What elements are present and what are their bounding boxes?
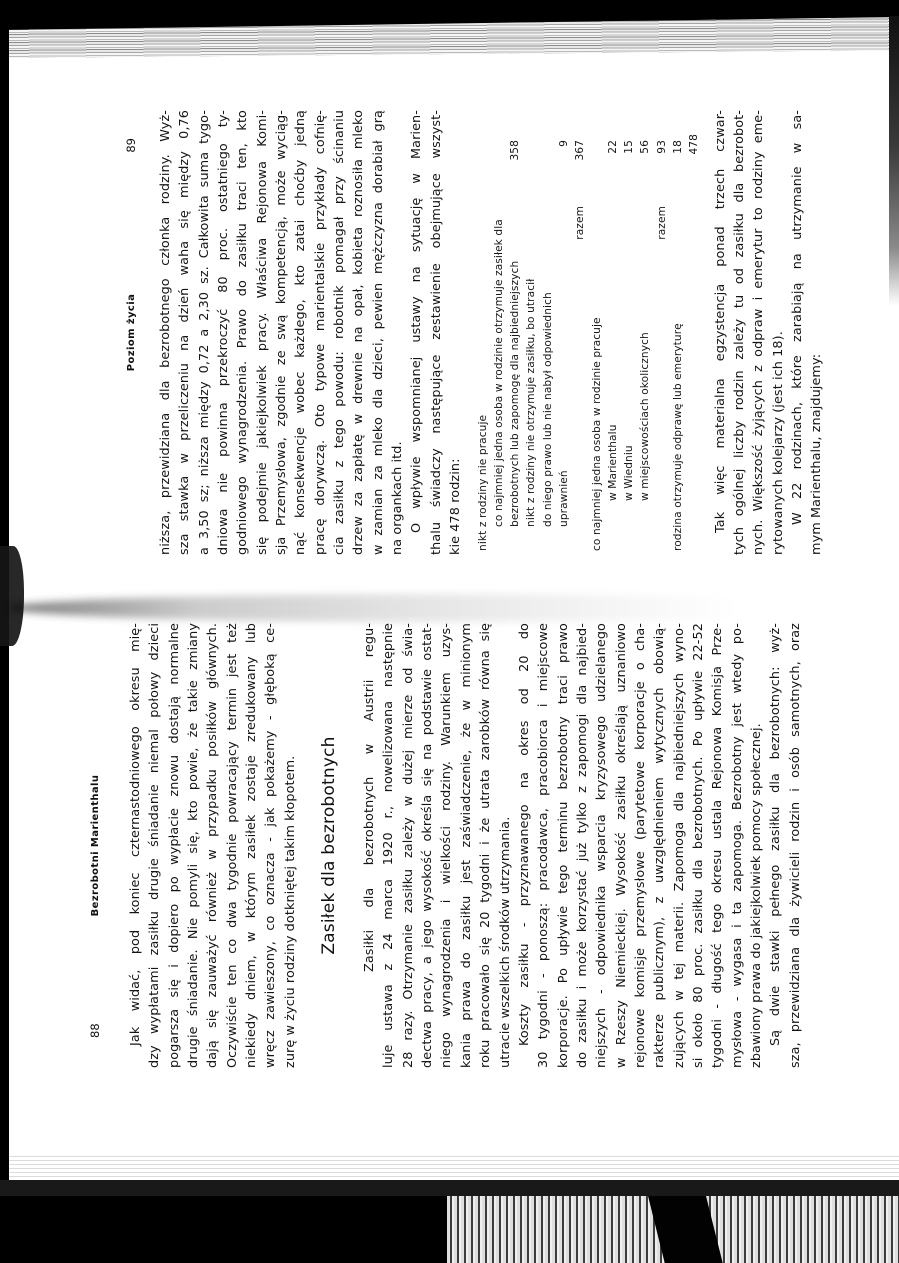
text-line: drzew za zapłatę w drewnie na opał, kobi… <box>349 110 368 555</box>
text-line: drugie śniadanie. Nie pomyli się, kto po… <box>184 623 203 1068</box>
text-line: a 3,50 sz; niższa między 0,72 a 2,30 sz.… <box>195 110 214 555</box>
text-line: Jak widać, pod koniec czternastodniowego… <box>126 623 145 1068</box>
table-row: co najmniej jedna osoba w rodzinie otrzy… <box>491 110 507 555</box>
text-line: roku pracowało się 20 tygodni i że utrat… <box>476 623 495 1068</box>
families-statistics-table: nikt z rodziny nie pracuje co najmniej j… <box>475 110 703 555</box>
page-number-89: 89 <box>124 138 138 153</box>
table-row: uprawnień 9 <box>556 110 572 555</box>
table-row-label: nikt z rodziny nie otrzymuje zasiłku, bo… <box>523 279 539 555</box>
table-row-label: do niego prawo lub nie nabył odpowiednic… <box>540 292 556 555</box>
table-row-label: rodzina otrzymuje odprawę lub emeryturę <box>670 323 686 555</box>
page-number-88: 88 <box>88 1023 102 1038</box>
table-row-value: 15 <box>621 140 637 154</box>
table-row-label: co najmniej jedna osoba w rodzinie pracu… <box>589 317 605 555</box>
text-line: dzy wypłatami zasiłku drugie śniadanie n… <box>145 623 164 1068</box>
text-line: utracie wszelkich środków utrzymania. <box>496 623 515 1068</box>
book-gutter-shadow <box>8 594 868 622</box>
text-line: pogarsza się i dopiero po wypłacie znowu… <box>165 623 184 1068</box>
running-head-title: Bezrobotni Marienthalu <box>90 623 101 1068</box>
table-row-value: 367 <box>572 140 588 161</box>
paragraph-block: Zasiłki dla bezrobotnych w Austrii regu-… <box>360 623 515 1068</box>
table-row: rodzina otrzymuje odprawę lub emeryturę … <box>670 110 686 555</box>
table-row-label: razem <box>572 206 588 240</box>
text-line: Zasiłki dla bezrobotnych w Austrii regu- <box>360 623 379 1068</box>
running-head-title: Poziom życia <box>126 110 137 555</box>
table-row-label: w miejscowościach okolicznych <box>637 332 653 555</box>
text-line: korporacje. Po upływie tego terminu bezr… <box>554 623 573 1068</box>
text-line: kie 478 rodzin: <box>446 110 465 555</box>
text-line: niekiedy dniem, w którym zasiłek zostaje… <box>242 623 261 1068</box>
table-row-label: w Wiedniu <box>621 445 637 555</box>
text-line: luje ustawa z 24 marca 1920 r., nowelizo… <box>379 623 398 1068</box>
text-line: zurę w życiu rodziny dotkniętej takim kł… <box>281 623 300 1068</box>
text-line: wręcz zawieszony, co oznacza - jak pokaż… <box>261 623 280 1068</box>
table-row-value: 9 <box>556 140 572 147</box>
table-subtotal-row: razem 367 <box>572 110 588 555</box>
table-row: w miejscowościach okolicznych 56 <box>637 110 653 555</box>
page-89: Poziom życia 89 niższa, przewidziana dla… <box>100 95 845 560</box>
text-line: dniowa nie powinna przekroczyć 80 proc. … <box>214 110 233 555</box>
table-row: do niego prawo lub nie nabył odpowiednic… <box>540 110 556 555</box>
running-head-89: Poziom życia 89 <box>126 110 142 555</box>
table-row: w Marienthalu 22 <box>605 110 621 555</box>
text-line: sja Przemysłowa, zgodnie ze swą kompeten… <box>272 110 291 555</box>
text-line: zujących w tej materii. Zapomoga dla naj… <box>670 623 689 1068</box>
text-line: cia zasiłku z tego powodu: robotnik poma… <box>330 110 349 555</box>
text-line: niego wynagrodzenia i wielkości rodziny.… <box>437 623 456 1068</box>
text-line: sza, przewidziana dla żywicieli rodzin i… <box>786 623 805 1068</box>
text-line: O wpływie wspomnianej ustawy na sytuację… <box>407 110 426 555</box>
text-line: rejonowe komisje przemysłowe (parytetowe… <box>631 623 650 1068</box>
text-line: nąć konsekwencje wobec każdego, kto zata… <box>291 110 310 555</box>
text-line: rakterze publicznym), z uwzględnieniem w… <box>650 623 669 1068</box>
text-line: Oczywiście ten co dwa tygodnie powracają… <box>223 623 242 1068</box>
text-line: pracę dorywczą. Oto typowe marientalskie… <box>311 110 330 555</box>
paragraph-block: Jak widać, pod koniec czternastodniowego… <box>126 623 300 1068</box>
text-line: sza stawka w przeliczeniu na dzień waha … <box>175 110 194 555</box>
text-line: tych ogólnej liczby rodzin zależy tu od … <box>730 110 749 555</box>
page-bottom-edge <box>0 1180 899 1196</box>
table-row-label: bezrobotnych lub zapomogę dla najbiednie… <box>507 261 523 555</box>
text-line: thalu świadczy następujące zestawienie o… <box>427 110 446 555</box>
table-total-value: 478 <box>686 134 702 155</box>
text-line: rytowanych kolejarzy (jest ich 18). <box>769 110 788 555</box>
paragraph-block: Tak więc materialna egzystencja ponad tr… <box>711 110 827 555</box>
text-line: w Rzeszy Niemieckiej. Wysokość zasiłku o… <box>612 623 631 1068</box>
text-line: nych. Większość żyjących z odpraw i emer… <box>749 110 768 555</box>
paragraph-block: Są dwie stawki pełnego zasiłku dla bezro… <box>766 623 805 1068</box>
table-row-value: 358 <box>507 140 523 161</box>
text-line: zbawiony prawa do jakiejkolwiek pomocy s… <box>747 623 766 1068</box>
text-line: mysłowa - wygasa i ta zapomoga. Bezrobot… <box>728 623 747 1068</box>
text-line: Są dwie stawki pełnego zasiłku dla bezro… <box>766 623 785 1068</box>
scan-shadow-blob <box>0 546 24 646</box>
text-line: Tak więc materialna egzystencja ponad tr… <box>711 110 730 555</box>
table-row-value: 56 <box>637 140 653 154</box>
text-line: w zamian za mleko dla dzieci, pewien męż… <box>369 110 388 555</box>
table-row: w Wiedniu 15 <box>621 110 637 555</box>
paragraph-block: Koszty zasiłku - przyznawanego na okres … <box>515 623 766 1068</box>
paragraph-block: niższa, przewidziana dla bezrobotnego cz… <box>156 110 466 555</box>
text-line: kania prawa do zasiłku jest zaświadczeni… <box>457 623 476 1068</box>
text-line: do zasiłku i może korzystać już tylko z … <box>573 623 592 1068</box>
text-line: si około 80 proc. zasiłku dla bezrobotny… <box>689 623 708 1068</box>
page-88: Bezrobotni Marienthalu 88 Jak widać, pod… <box>88 608 848 1076</box>
text-line: 28 razy. Otrzymanie zasiłku zależy w duż… <box>399 623 418 1068</box>
black-background-bottom <box>0 1196 899 1263</box>
scanned-book-photo: Poziom życia 89 niższa, przewidziana dla… <box>0 0 899 1263</box>
running-head-88: Bezrobotni Marienthalu 88 <box>90 623 106 1068</box>
page-bottom-scan-streaks <box>8 1156 899 1182</box>
text-line: Koszty zasiłku - przyznawanego na okres … <box>515 623 534 1068</box>
table-row: co najmniej jedna osoba w rodzinie pracu… <box>589 110 605 555</box>
table-row-value: 93 <box>654 140 670 154</box>
table-row: nikt z rodziny nie otrzymuje zasiłku, bo… <box>523 110 539 555</box>
text-line: W 22 rodzinach, które zarabiają na utrzy… <box>788 110 807 555</box>
table-total-row: 478 <box>686 110 702 555</box>
table-row-value: 22 <box>605 140 621 154</box>
table-row-label: nikt z rodziny nie pracuje <box>475 415 491 555</box>
page-fore-edge-right <box>889 16 899 306</box>
text-line: 30 tygodni - ponoszą: pracodawca, pracob… <box>534 623 553 1068</box>
table-row-label: w Marienthalu <box>605 424 621 555</box>
text-line: dają się zauważyć również w przypadku po… <box>203 623 222 1068</box>
table-row-label: razem <box>654 206 670 240</box>
text-line: mym Marienthalu, znajdujemy: <box>807 110 826 555</box>
text-line: niższa, przewidziana dla bezrobotnego cz… <box>156 110 175 555</box>
section-heading: Zasiłek dla bezrobotnych <box>317 623 341 1068</box>
table-row: bezrobotnych lub zapomogę dla najbiednie… <box>507 110 523 555</box>
text-line: dectwa pracy, a jego wysokość określa si… <box>418 623 437 1068</box>
text-line: się podejmie jakiejkolwiek pracy. Właści… <box>253 110 272 555</box>
table-row-label: co najmniej jedna osoba w rodzinie otrzy… <box>491 219 507 555</box>
table-row-label: uprawnień <box>556 470 572 555</box>
text-line: na organkach itd. <box>388 110 407 555</box>
table-row-value: 18 <box>670 140 686 154</box>
table-row: nikt z rodziny nie pracuje <box>475 110 491 555</box>
text-line: tygodni - długość tego okresu ustala Rej… <box>708 623 727 1068</box>
text-line: godniowego wynagrodzenia. Prawo do zasił… <box>233 110 252 555</box>
text-line: niejszych - odpowiednika wsparcia kryzys… <box>592 623 611 1068</box>
table-subtotal-row: razem 93 <box>654 110 670 555</box>
